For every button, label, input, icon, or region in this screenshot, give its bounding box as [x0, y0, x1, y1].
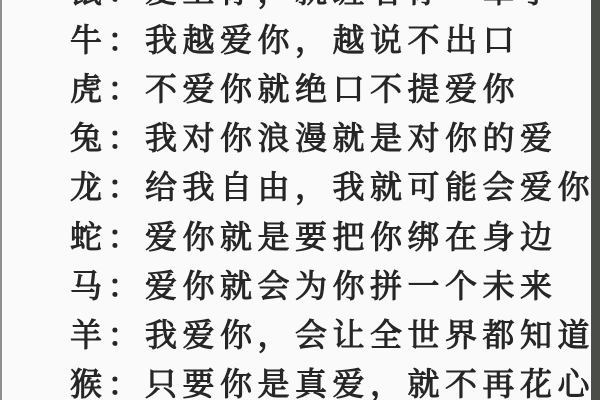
zodiac-animal-label: 蛇：	[70, 212, 145, 258]
zodiac-animal-label: 龙：	[70, 162, 145, 208]
zodiac-phrase: 爱上你，就缠着你一辈子	[145, 0, 558, 12]
zodiac-line-rabbit: 兔：我对你浪漫就是对你的爱	[70, 112, 595, 161]
zodiac-animal-label: 猴：	[70, 359, 145, 400]
zodiac-line-ox: 牛：我越爱你，越说不出口	[70, 13, 595, 62]
zodiac-animal-label: 虎：	[70, 64, 145, 110]
left-border-line	[0, 0, 2, 400]
zodiac-phrase: 我爱你，会让全世界都知道	[145, 310, 595, 356]
zodiac-animal-label: 羊：	[70, 310, 145, 356]
right-edge-bar	[591, 0, 600, 400]
zodiac-line-tiger: 虎：不爱你就绝口不提爱你	[70, 62, 595, 111]
zodiac-animal-label: 兔：	[70, 113, 145, 159]
zodiac-line-horse: 马：爱你就会为你拼一个未来	[70, 259, 595, 308]
zodiac-phrase: 只要你是真爱，就不再花心	[145, 359, 595, 400]
zodiac-line-goat: 羊：我爱你，会让全世界都知道	[70, 308, 595, 357]
zodiac-line-rat: 鼠：爱上你，就缠着你一辈子	[70, 0, 595, 13]
zodiac-line-monkey: 猴：只要你是真爱，就不再花心	[70, 358, 595, 400]
zodiac-phrase: 我越爱你，越说不出口	[145, 15, 520, 61]
zodiac-animal-label: 牛：	[70, 15, 145, 61]
zodiac-phrase: 不爱你就绝口不提爱你	[145, 64, 520, 110]
zodiac-phrase: 爱你就会为你拼一个未来	[145, 261, 558, 307]
zodiac-animal-label: 鼠：	[70, 0, 145, 12]
zodiac-list: 鼠：爱上你，就缠着你一辈子 牛：我越爱你，越说不出口 虎：不爱你就绝口不提爱你 …	[70, 0, 595, 400]
zodiac-phrase: 爱你就是要把你绑在身边	[145, 212, 558, 258]
zodiac-line-snake: 蛇：爱你就是要把你绑在身边	[70, 210, 595, 259]
zodiac-phrase: 我对你浪漫就是对你的爱	[145, 113, 558, 159]
zodiac-phrase: 给我自由，我就可能会爱你	[145, 162, 595, 208]
zodiac-love-list-image: 鼠：爱上你，就缠着你一辈子 牛：我越爱你，越说不出口 虎：不爱你就绝口不提爱你 …	[0, 0, 600, 400]
zodiac-line-dragon: 龙：给我自由，我就可能会爱你	[70, 161, 595, 210]
zodiac-animal-label: 马：	[70, 261, 145, 307]
